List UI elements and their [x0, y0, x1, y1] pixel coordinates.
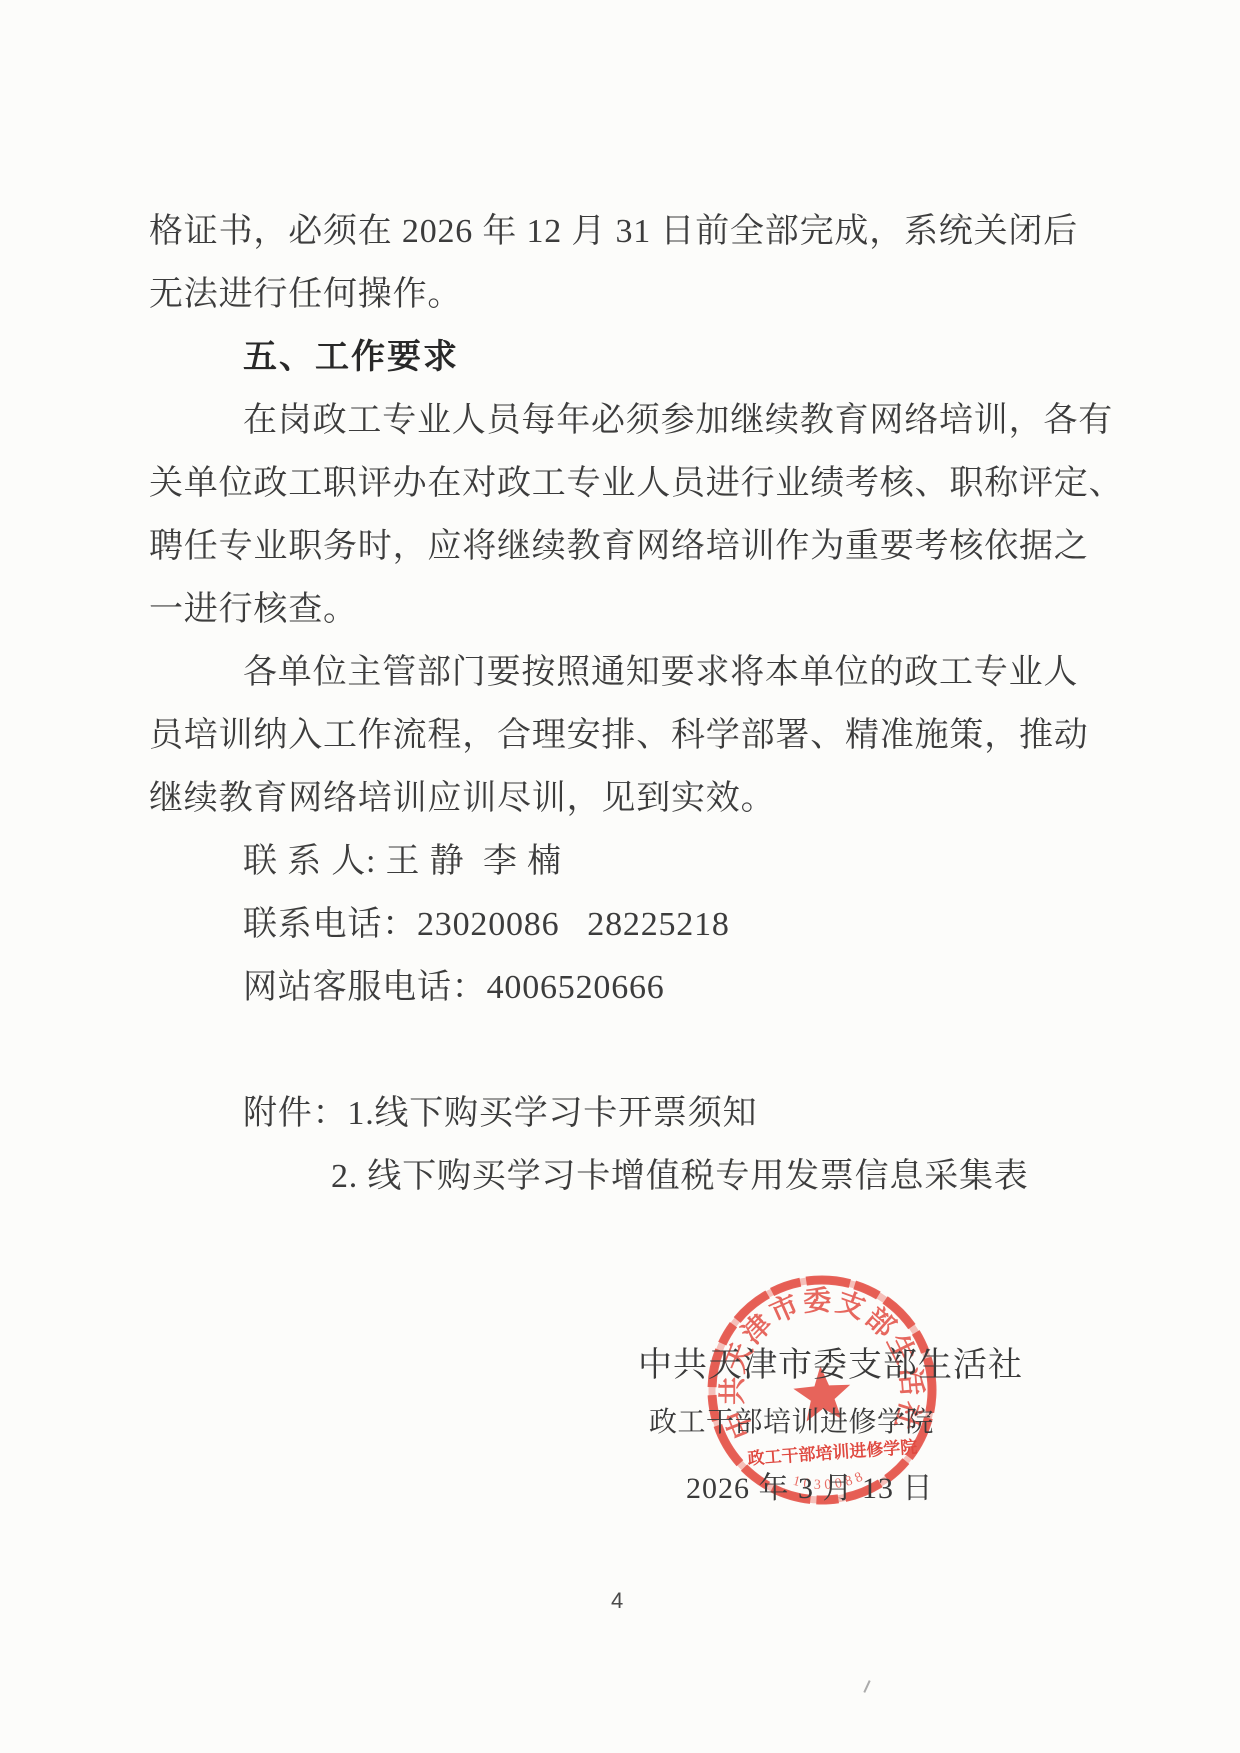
- body-line: 聘任专业职务时，应将继续教育网络培训作为重要考核依据之: [149, 515, 1169, 578]
- body-line: 关单位政工职评办在对政工专业人员进行业绩考核、职称评定、: [149, 452, 1169, 515]
- signature-date: 2026 年 3 月 13 日: [686, 1463, 934, 1507]
- body-line: 各单位主管部门要按照通知要求将本单位的政工专业人: [149, 641, 1169, 704]
- contact-person-line: 联 系 人: 王 静 李 楠: [149, 830, 1169, 893]
- body-line: 员培训纳入工作流程，合理安排、科学部署、精准施策，推动: [149, 704, 1169, 767]
- page-number: 4: [611, 1588, 623, 1614]
- signature-org-line2: 政工干部培训进修学院: [649, 1400, 934, 1440]
- contact-phone-line: 联系电话：23020086 28225218: [149, 893, 1169, 956]
- support-phone-line: 网站客服电话：4006520666: [149, 956, 1169, 1019]
- attachment-line-1: 附件：1.线下购买学习卡开票须知: [149, 1082, 1169, 1145]
- body-text-block: 格证书，必须在 2026 年 12 月 31 日前全部完成，系统关闭后 无法进行…: [149, 200, 1169, 1208]
- signature-org-line1: 中共天津市委支部生活社: [638, 1337, 1023, 1386]
- blank-line: [149, 1019, 1169, 1082]
- body-line: 在岗政工专业人员每年必须参加继续教育网络培训，各有: [149, 389, 1169, 452]
- document-page: 格证书，必须在 2026 年 12 月 31 日前全部完成，系统关闭后 无法进行…: [0, 0, 1240, 1753]
- attachment-line-2: 2. 线下购买学习卡增值税专用发票信息采集表: [149, 1145, 1169, 1208]
- section-heading: 五、工作要求: [149, 326, 1169, 389]
- body-line: 无法进行任何操作。: [149, 263, 1169, 326]
- body-line: 继续教育网络培训应训尽训，见到实效。: [149, 767, 1169, 830]
- body-line: 一进行核查。: [149, 578, 1169, 641]
- body-line: 格证书，必须在 2026 年 12 月 31 日前全部完成，系统关闭后: [149, 200, 1169, 263]
- scan-artifact: [863, 1680, 870, 1693]
